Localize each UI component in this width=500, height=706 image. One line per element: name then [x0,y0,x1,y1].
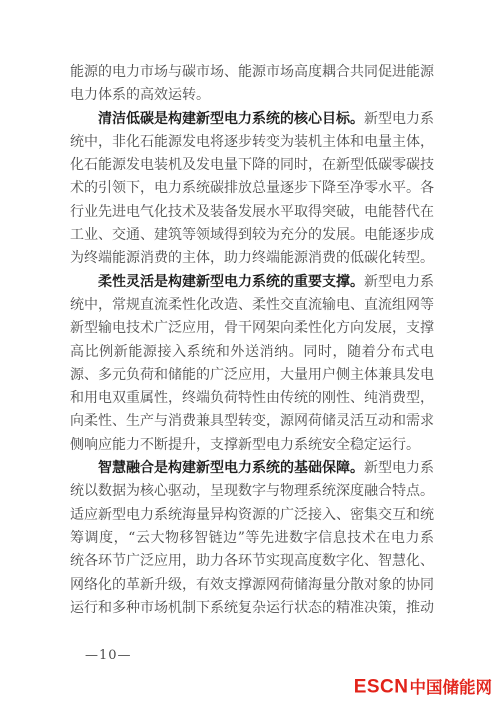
paragraph-lead: 柔性灵活是构建新型电力系统的重要支撑。 [98,274,364,290]
escn-logo-en: ESCN [354,677,409,698]
escn-logo: ESCN中国储能网 [354,677,492,698]
paragraph: 智慧融合是构建新型电力系统的基础保障。新型电力系统以数据为核心驱动，呈现数字与物… [70,457,434,620]
paragraph: 柔性灵活是构建新型电力系统的重要支撑。新型电力系统中，常规直流柔性化改造、柔性交… [70,271,434,457]
paragraph-text: 新型电力系统中，常规直流柔性化改造、柔性交直流输电、直流组网等新型输电技术广泛应… [70,274,434,453]
document-page: 能源的电力市场与碳市场、能源市场高度耦合共同促进能源电力体系的高效运转。 清洁低… [0,0,500,706]
page-number: —10— [85,648,132,663]
paragraph-lead: 清洁低碳是构建新型电力系统的核心目标。 [98,111,364,127]
paragraph-text: 新型电力系统中，非化石能源发电将逐步转变为装机主体和电量主体，化石能源发电装机及… [70,111,434,267]
paragraph-lead: 智慧融合是构建新型电力系统的基础保障。 [98,460,364,476]
escn-logo-cn: 中国储能网 [410,678,493,697]
paragraph-text: 新型电力系统以数据为核心驱动，呈现数字与物理系统深度融合特点。适应新型电力系统海… [70,460,434,616]
paragraph: 能源的电力市场与碳市场、能源市场高度耦合共同促进能源电力体系的高效运转。 [70,61,434,108]
paragraph: 清洁低碳是构建新型电力系统的核心目标。新型电力系统中，非化石能源发电将逐步转变为… [70,108,434,271]
page-body-text: 能源的电力市场与碳市场、能源市场高度耦合共同促进能源电力体系的高效运转。 清洁低… [70,61,434,620]
paragraph-text: 能源的电力市场与碳市场、能源市场高度耦合共同促进能源电力体系的高效运转。 [70,64,434,103]
